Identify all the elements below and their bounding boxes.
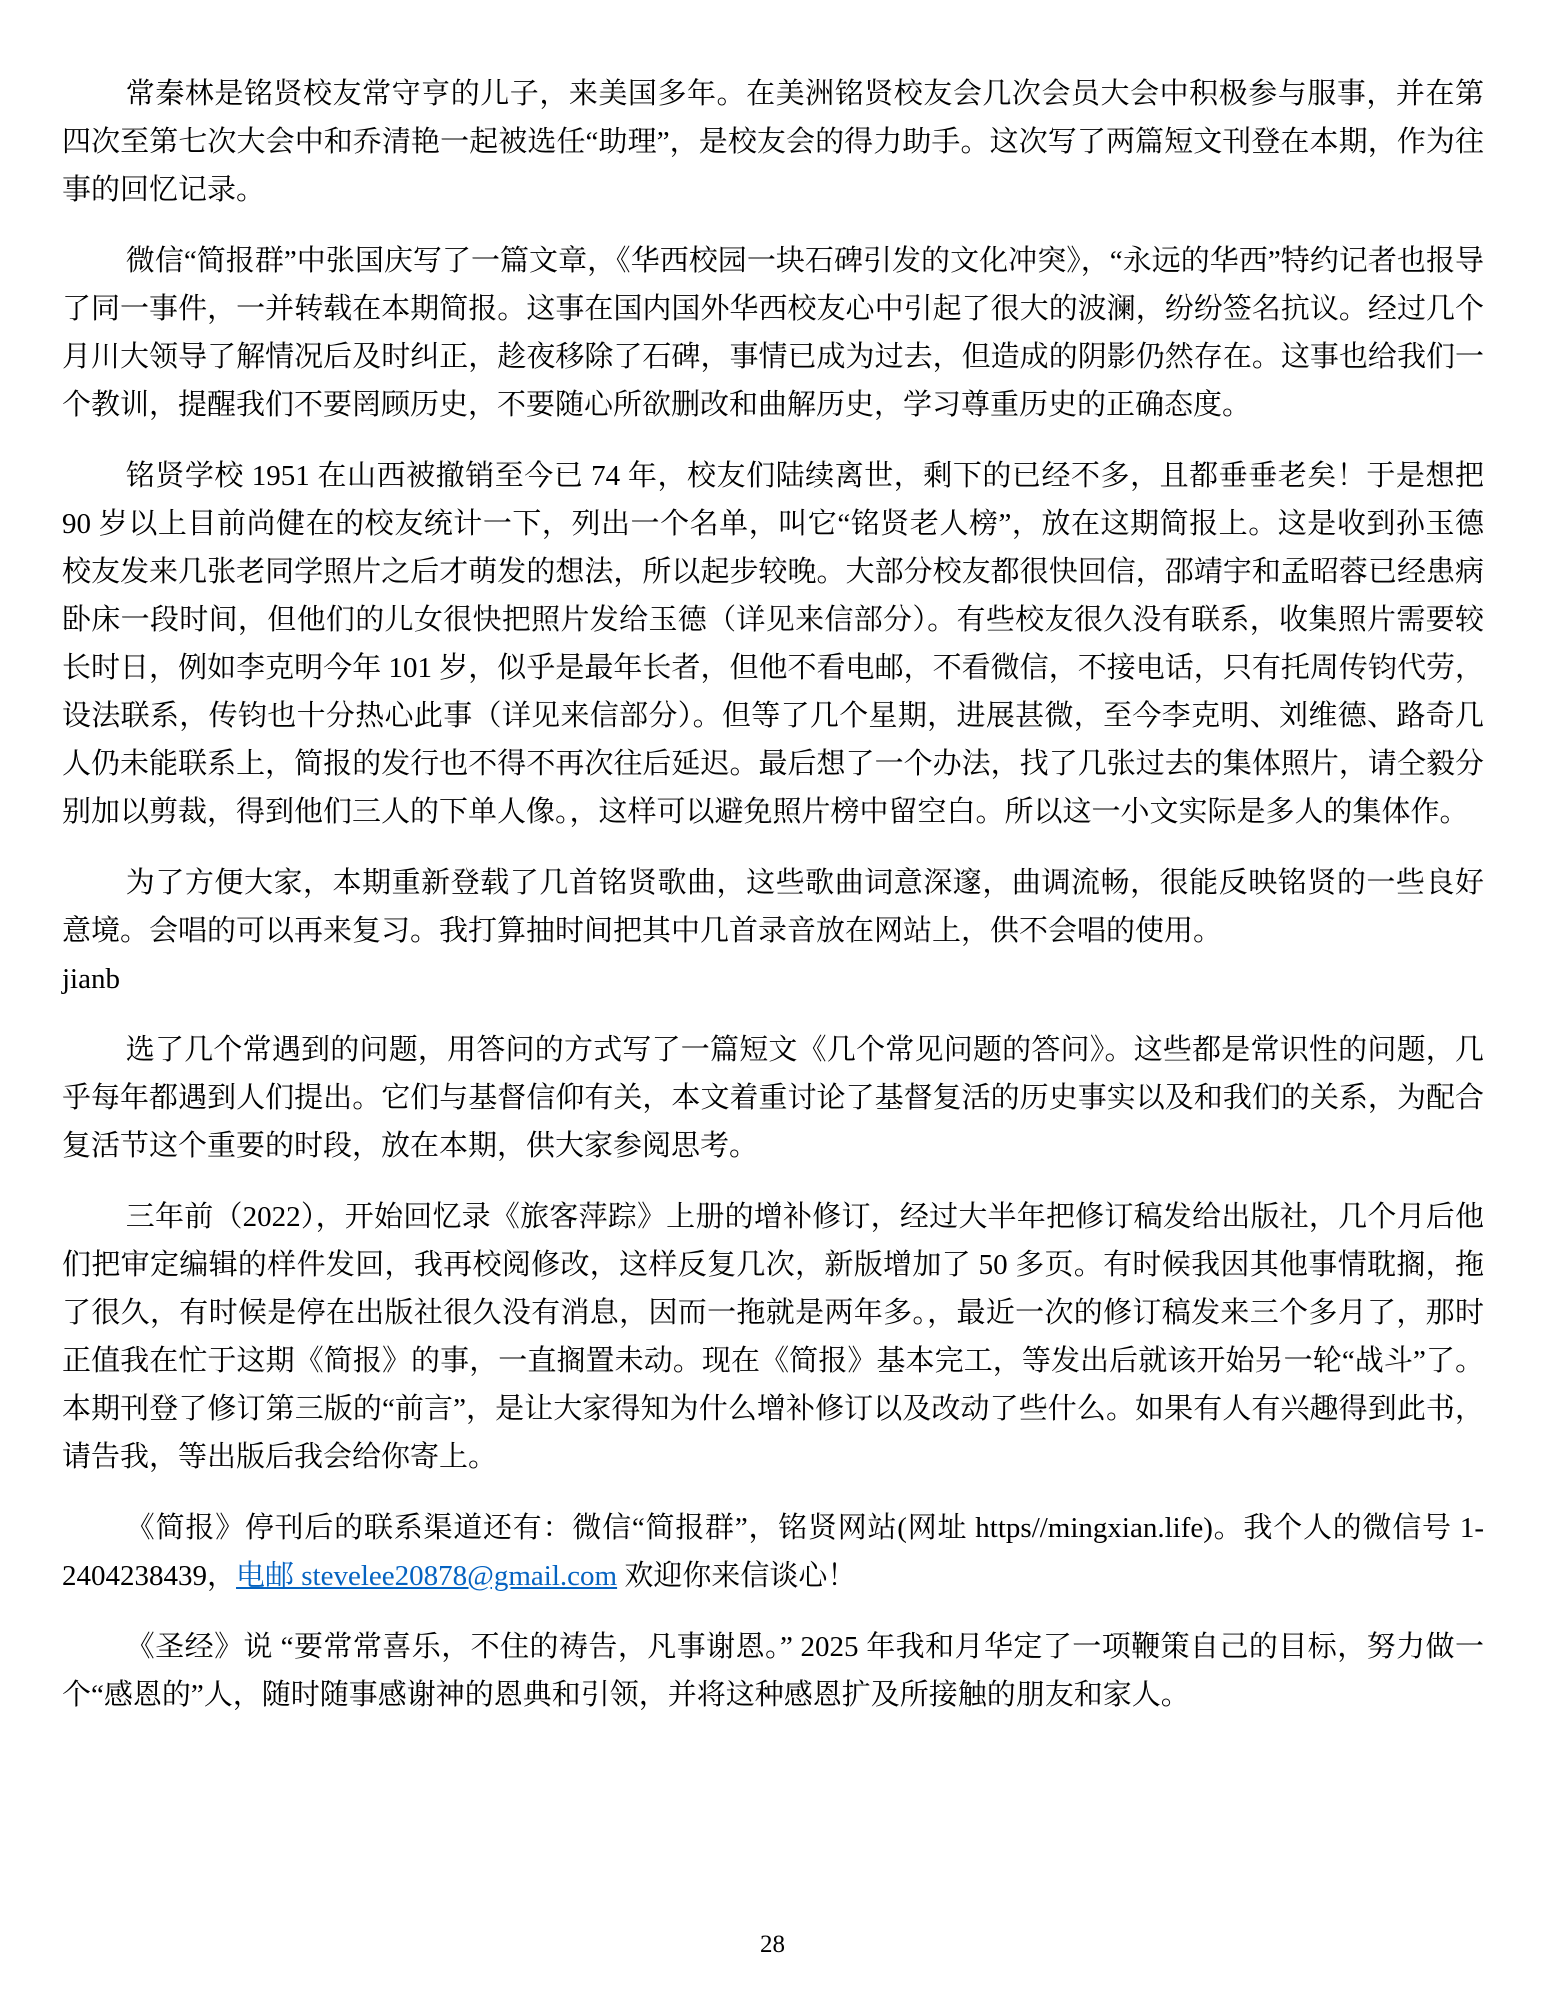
paragraph-contact-channels: 《简报》停刊后的联系渠道还有：微信“简报群”，铭贤网站(网址 https//mi… xyxy=(62,1504,1484,1600)
paragraph-wechat-stone-tablet: 微信“简报群”中张国庆写了一篇文章，《华西校园一块石碑引发的文化冲突》，“永远的… xyxy=(62,237,1484,429)
paragraph-jianb: jianb xyxy=(62,955,1484,1003)
page-number: 28 xyxy=(0,1930,1545,1960)
document-body: 常秦林是铭贤校友常守亨的儿子，来美国多年。在美洲铭贤校友会几次会员大会中积极参与… xyxy=(62,70,1484,1742)
contact-text-after-link: 欢迎你来信谈心！ xyxy=(617,1560,856,1592)
paragraph-memoir-revision: 三年前（2022），开始回忆录《旅客萍踪》上册的增补修订，经过大半年把修订稿发给… xyxy=(62,1193,1484,1481)
paragraph-mingxian-elders-list: 铭贤学校 1951 在山西被撤销至今已 74 年，校友们陆续离世，剩下的已经不多… xyxy=(62,452,1484,836)
paragraph-songs: 为了方便大家，本期重新登载了几首铭贤歌曲，这些歌曲词意深邃，曲调流畅，很能反映铭… xyxy=(62,859,1484,955)
email-link[interactable]: 电邮 stevelee20878@gmail.com xyxy=(236,1560,617,1592)
paragraph-questions-answers: 选了几个常遇到的问题，用答问的方式写了一篇短文《几个常见问题的答问》。这些都是常… xyxy=(62,1026,1484,1170)
paragraph-bible-gratitude: 《圣经》说 “要常常喜乐，不住的祷告，凡事谢恩。” 2025 年我和月华定了一项… xyxy=(62,1623,1484,1719)
document-page: 常秦林是铭贤校友常守亨的儿子，来美国多年。在美洲铭贤校友会几次会员大会中积极参与… xyxy=(0,0,1545,2000)
paragraph-chang-qinlin: 常秦林是铭贤校友常守亨的儿子，来美国多年。在美洲铭贤校友会几次会员大会中积极参与… xyxy=(62,70,1484,214)
